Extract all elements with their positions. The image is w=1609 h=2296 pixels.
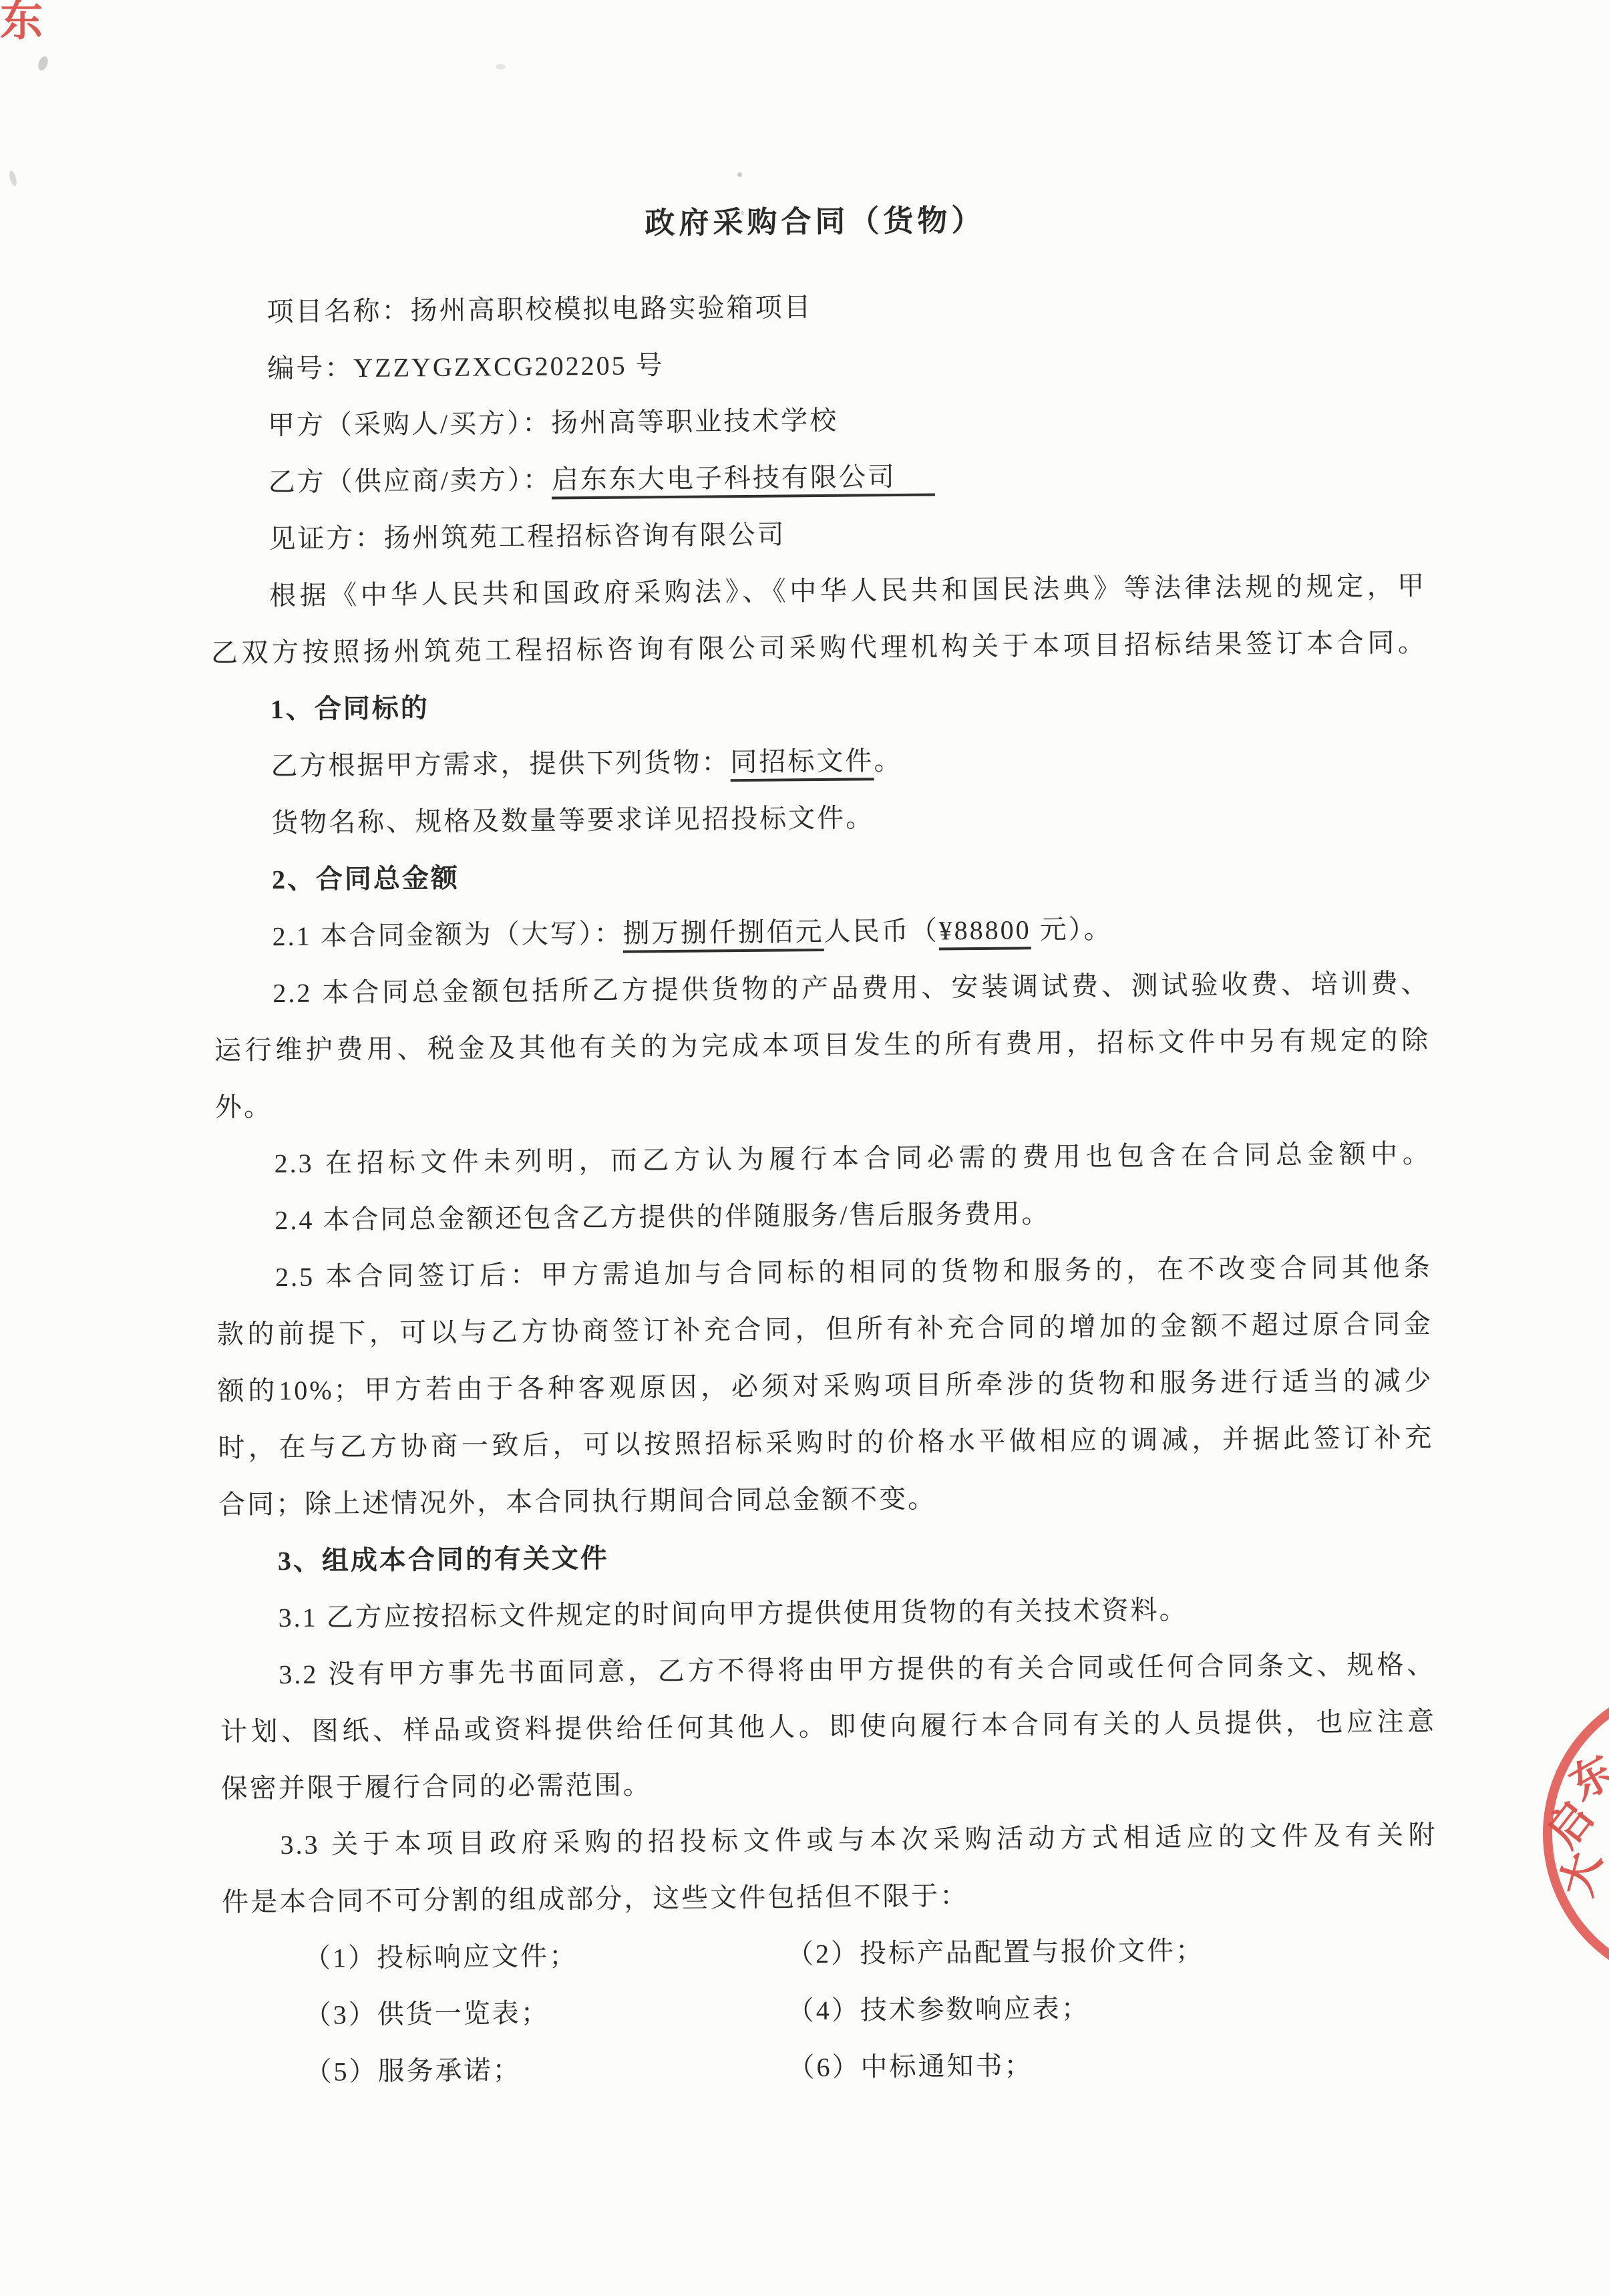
attachment-item-4: （4）技术参数响应表；	[787, 1980, 1090, 2039]
clause-2-1-line: 2.1 本合同金额为（大写）：捌万捌仟捌佰元人民币（¥88800 元）。	[213, 898, 1429, 965]
goods-suffix: 。	[874, 746, 902, 776]
project-name-line: 项目名称：扬州高职校模拟电路实验箱项目	[208, 273, 1424, 341]
amount-mid: 人民币（	[824, 915, 938, 946]
attachment-item-6: （6）中标通知书；	[787, 2037, 1033, 2096]
goods-value-underlined: 同招标文件	[730, 746, 874, 782]
clause-2-5-line-3: 额的10%；甲方若由于各种客观原因，必须对采购项目所牵涉的货物和服务进行适当的减…	[217, 1352, 1433, 1420]
attachment-item-2: （2）投标产品配置与报价文件；	[787, 1922, 1205, 1982]
scan-artifact	[737, 172, 742, 177]
clause-3-2-line-2: 计划、图纸、样品或资料提供给任何其他人。即使向履行本合同有关的人员提供，也应注意	[220, 1693, 1437, 1760]
attachment-row-1: （1）投标响应文件； （2）投标产品配置与报价文件；	[222, 1920, 1439, 1987]
section-3-heading: 3、组成本合同的有关文件	[218, 1522, 1435, 1590]
clause-2-5-line-2: 款的前提下，可以与乙方协商签订补充合同，但所有补充合同的增加的金额不超过原合同金	[217, 1295, 1433, 1363]
scan-artifact	[37, 55, 50, 71]
party-b-company-name: 启东东大电子科技有限公司	[552, 462, 935, 500]
seal-character: 启	[1541, 1795, 1601, 1855]
clause-goods-detail-line: 货物名称、规格及数量等要求详见招投标文件。	[212, 784, 1429, 852]
preamble-line-2: 乙双方按照扬州筑苑工程招标咨询有限公司采购代理机构关于本项目招标结果签订本合同。	[211, 614, 1427, 681]
clause-2-5-line-1: 2.5 本合同签订后：甲方需追加与合同标的相同的货物和服务的，在不改变合同其他条	[216, 1239, 1433, 1306]
seal-circle-icon	[1543, 1680, 1609, 1987]
party-b-label: 乙方（供应商/卖方）：	[269, 465, 552, 498]
scanned-contract-page: 政府采购合同（货物） 项目名称：扬州高职校模拟电路实验箱项目 编号：YZZYGZ…	[0, 0, 1609, 2296]
clause-2-5-line-5: 合同；除上述情况外，本合同执行期间合同总金额不变。	[218, 1466, 1435, 1533]
clause-3-3-line-1: 3.3 关于本项目政府采购的招投标文件或与本次采购活动方式相适应的文件及有关附	[221, 1806, 1437, 1874]
amount-suffix: 元）。	[1031, 914, 1112, 945]
seal-character: 东	[0, 0, 43, 43]
attachment-item-5: （5）服务承诺；	[305, 2055, 521, 2087]
contract-number-line: 编号：YZZYGZXCG202205 号	[208, 330, 1425, 397]
clause-3-2-line-1: 3.2 没有甲方事先书面同意，乙方不得将由甲方提供的有关合同或任何合同条文、规格…	[220, 1636, 1436, 1703]
contract-body: 政府采购合同（货物） 项目名称：扬州高职校模拟电路实验箱项目 编号：YZZYGZ…	[207, 184, 1439, 2101]
clause-2-5-line-4: 时，在与乙方协商一致后，可以按照招标采购时的价格水平做相应的调减，并据此签订补充	[218, 1409, 1434, 1476]
party-a-line: 甲方（采购人/买方）：扬州高等职业技术学校	[209, 387, 1425, 454]
goods-prefix: 乙方根据甲方需求，提供下列货物：	[271, 747, 730, 781]
scan-artifact	[741, 211, 744, 215]
clause-2-4-line: 2.4 本合同总金额还包含乙方提供的伴随服务/售后服务费用。	[216, 1182, 1432, 1249]
clause-2-2-line-2: 运行维护费用、税金及其他有关的为完成本项目发生的所有费用，招标文件中另有规定的除	[214, 1011, 1431, 1079]
witness-line: 见证方：扬州筑苑工程招标咨询有限公司	[210, 500, 1426, 568]
clause-goods-line: 乙方根据甲方需求，提供下列货物：同招标文件。	[212, 727, 1428, 795]
amount-in-figures-underlined: ¥88800	[938, 915, 1031, 950]
section-2-heading: 2、合同总金额	[213, 841, 1429, 909]
scan-artifact	[8, 170, 18, 187]
attachment-item-1: （1）投标响应文件；	[304, 1941, 578, 1973]
attachment-row-3: （5）服务承诺； （6）中标通知书；	[223, 2033, 1439, 2101]
clause-2-2-line-1: 2.2 本合同总金额包括所乙方提供货物的产品费用、安装调试费、测试验收费、培训费…	[214, 955, 1430, 1022]
amount-prefix: 2.1 本合同金额为（大写）：	[272, 919, 622, 952]
clause-3-2-line-3: 保密并限于履行合同的必需范围。	[220, 1750, 1437, 1817]
amount-in-words-underlined: 捌万捌仟捌佰元	[622, 917, 824, 953]
seal-character: 大	[1556, 1848, 1608, 1901]
clause-3-1-line: 3.1 乙方应按招标文件规定的时间向甲方提供使用货物的有关技术资料。	[219, 1579, 1435, 1647]
party-b-line: 乙方（供应商/卖方）：启东东大电子科技有限公司	[209, 444, 1425, 511]
clause-2-2-line-3: 外。	[215, 1068, 1431, 1136]
section-1-heading: 1、合同标的	[211, 671, 1427, 738]
scan-artifact	[496, 64, 506, 69]
clause-3-3-line-2: 件是本合同不可分割的组成部分，这些文件包括但不限于：	[222, 1863, 1438, 1931]
clause-2-3-line: 2.3 在招标文件未列明，而乙方认为履行本合同必需的费用也包含在合同总金额中。	[215, 1125, 1431, 1192]
seal-character: 东	[1563, 1749, 1609, 1807]
attachment-row-2: （3）供货一览表； （4）技术参数响应表；	[222, 1977, 1439, 2044]
preamble-line-1: 根据《中华人民共和国政府采购法》、《中华人民共和国民法典》等法律法规的规定，甲	[210, 557, 1427, 625]
page-title: 政府采购合同（货物）	[207, 184, 1423, 259]
attachment-item-3: （3）供货一览表；	[305, 1998, 550, 2030]
